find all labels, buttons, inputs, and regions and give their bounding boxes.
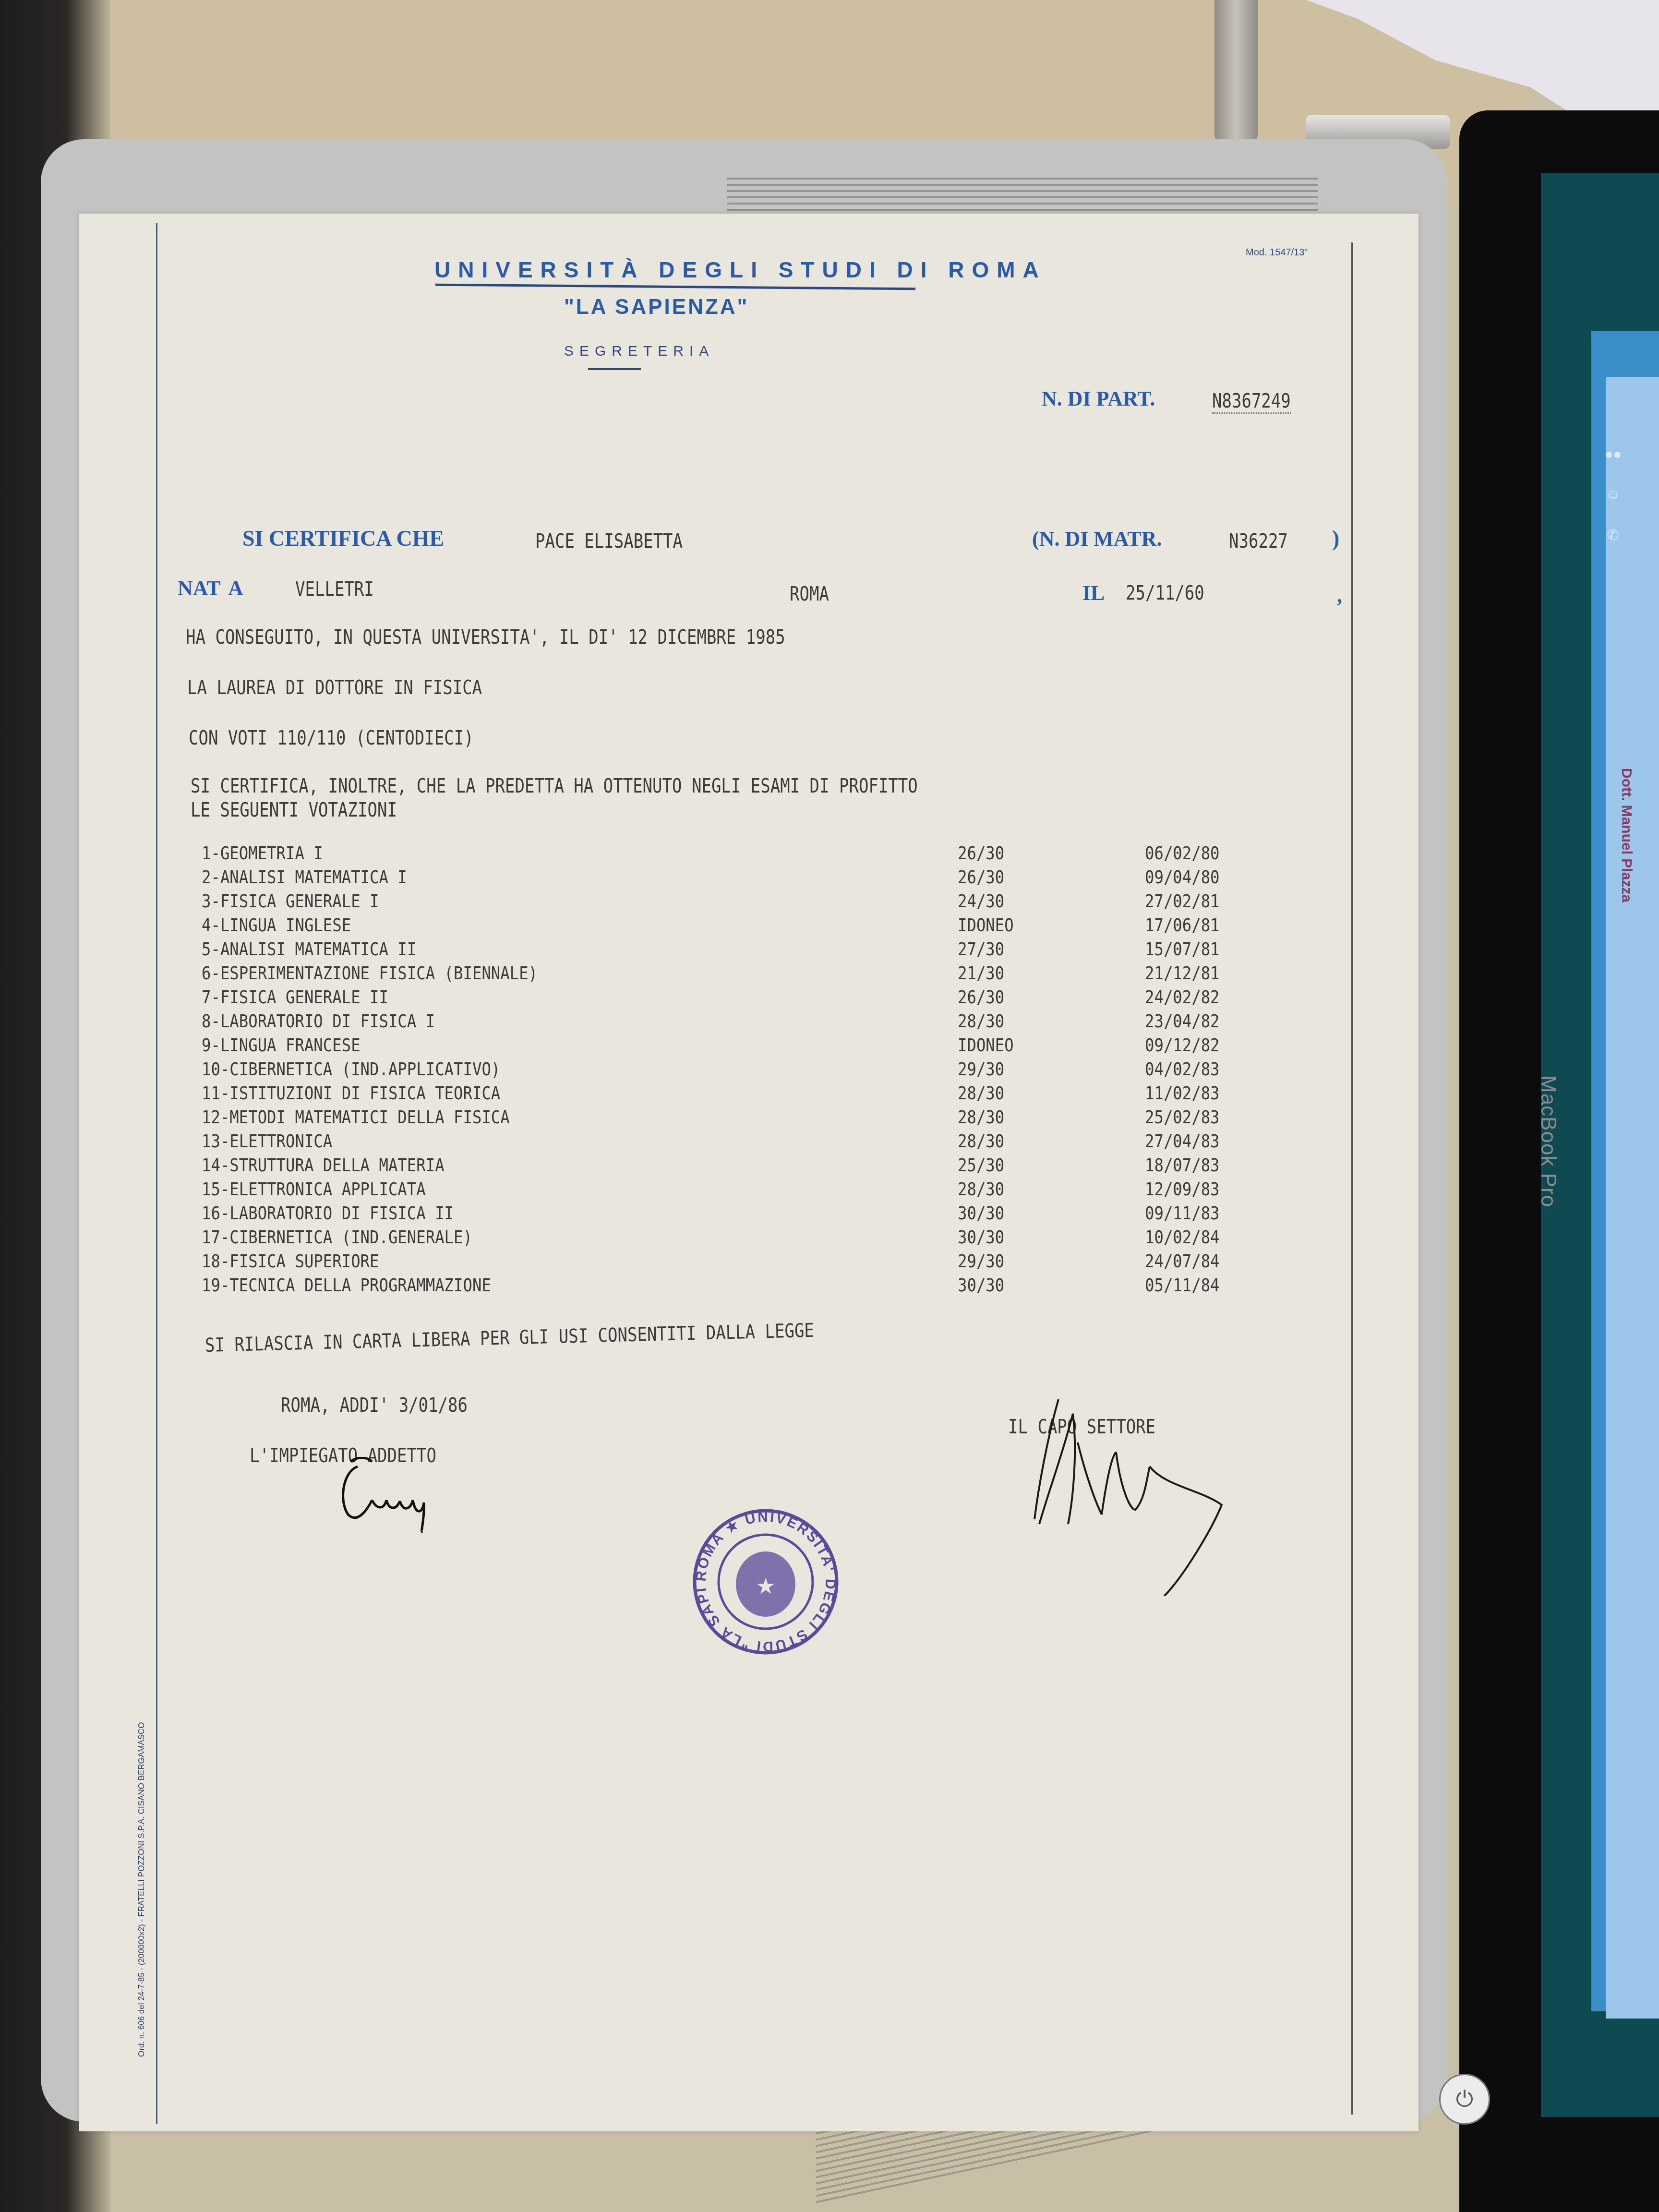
exam-row: 9-LINGUA FRANCESEIDONEO09/12/82 [202,1034,1330,1058]
exam-row: 17-CIBERNETICA (IND.GENERALE)30/3010/02/… [202,1226,1330,1250]
printer-note: Ord. n. 606 del 24-7-85 - (200000x2) - F… [137,1678,146,2057]
exam-grade: 29/30 [958,1250,1004,1272]
exam-grade: 29/30 [958,1058,1004,1080]
exam-grade: 24/30 [958,890,1004,912]
exam-row: 12-METODI MATEMATICI DELLA FISICA28/3025… [202,1106,1330,1130]
exams-intro-line: SI CERTIFICA, INOLTRE, CHE LA PREDETTA H… [191,775,918,797]
exam-grade: 30/30 [958,1274,1004,1296]
exam-row: 13-ELETTRONICA28/3027/04/83 [202,1130,1330,1154]
power-icon: ⏻ [1456,2086,1473,2113]
power-button[interactable]: ⏻ [1439,2074,1490,2125]
exam-date: 24/02/82 [1145,986,1220,1008]
exam-row: 3-FISICA GENERALE I24/3027/02/81 [202,890,1330,914]
issuance-statement: SI RILASCIA IN CARTA LIBERA PER GLI USI … [205,1320,815,1357]
exam-date: 04/02/83 [1145,1058,1220,1080]
exam-grade: 28/30 [958,1178,1004,1200]
birth-trailing-comma: , [1337,583,1342,608]
university-subtitle: "LA SAPIENZA" [564,295,749,319]
exam-row: 10-CIBERNETICA (IND.APPLICATIVO)29/3004/… [202,1058,1330,1082]
exam-grade: 25/30 [958,1154,1004,1176]
exam-name: 6-ESPERIMENTAZIONE FISICA (BIENNALE) [202,962,538,984]
exam-grade: 26/30 [958,866,1004,888]
exam-date: 10/02/84 [1145,1226,1220,1248]
right-margin-rule [1351,242,1353,2115]
office-name: SEGRETERIA [564,343,714,360]
exam-name: 4-LINGUA INGLESE [202,914,351,936]
exam-name: 10-CIBERNETICA (IND.APPLICATIVO) [202,1058,500,1080]
exam-grade: IDONEO [958,1034,1014,1056]
birth-date: 25/11/60 [1126,582,1204,604]
exam-date: 11/02/83 [1145,1082,1220,1104]
exam-row: 18-FISICA SUPERIORE29/3024/07/84 [202,1250,1330,1274]
degree-title-line: LA LAUREA DI DOTTORE IN FISICA [187,677,482,699]
exam-row: 1-GEOMETRIA I26/3006/02/80 [202,842,1330,866]
exam-date: 17/06/81 [1145,914,1220,936]
exam-row: 14-STRUTTURA DELLA MATERIA25/3018/07/83 [202,1154,1330,1178]
exam-date: 06/02/80 [1145,842,1220,864]
exam-name: 19-TECNICA DELLA PROGRAMMAZIONE [202,1274,491,1296]
exam-name: 15-ELETTRONICA APPLICATA [202,1178,426,1200]
part-number-label: N. DI PART. [1042,386,1155,411]
chat-icon[interactable]: ☺ [1606,487,1621,503]
matricola-value: N36227 [1229,530,1288,553]
exam-row: 4-LINGUA INGLESEIDONEO17/06/81 [202,914,1330,938]
exam-name: 1-GEOMETRIA I [202,842,323,864]
exam-date: 05/11/84 [1145,1274,1220,1296]
exam-name: 14-STRUTTURA DELLA MATERIA [202,1154,445,1176]
birth-gender-suffix: A [228,576,243,601]
part-number-value: N8367249 [1212,390,1291,414]
exam-list: 1-GEOMETRIA I26/3006/02/80 2-ANALISI MAT… [202,842,1330,1298]
exam-date: 18/07/83 [1145,1154,1220,1176]
exam-date: 09/12/82 [1145,1034,1220,1056]
exam-grade: 21/30 [958,962,1004,984]
birth-city: VELLETRI [295,578,374,601]
phone-icon[interactable]: ✆ [1607,527,1619,544]
exam-name: 16-LABORATORIO DI FISICA II [202,1202,454,1224]
exams-intro-line-2: LE SEGUENTI VOTAZIONI [191,799,397,821]
exam-grade: IDONEO [958,914,1014,936]
contacts-icon[interactable]: ●● [1604,446,1622,463]
certificate-document: Mod. 1547/13" UNIVERSITÀ DEGLI STUDI DI … [79,214,1419,2131]
birth-province: ROMA [790,583,829,605]
left-margin-rule [156,223,157,2124]
exam-grade: 26/30 [958,986,1004,1008]
exam-name: 18-FISICA SUPERIORE [202,1250,379,1272]
exam-row: 7-FISICA GENERALE II26/3024/02/82 [202,986,1330,1010]
exam-date: 27/02/81 [1145,890,1220,912]
exam-row: 19-TECNICA DELLA PROGRAMMAZIONE30/3005/1… [202,1274,1330,1298]
exam-date: 25/02/83 [1145,1106,1220,1128]
matricola-close: ) [1332,526,1339,551]
screen-icon-bar: ●● ☺ ✆ [1603,446,1623,544]
degree-date-line: HA CONSEGUITO, IN QUESTA UNIVERSITA', IL… [186,626,785,649]
certify-label: SI CERTIFICA CHE [242,526,444,551]
birth-label: NAT [178,576,221,601]
svg-text:★: ★ [756,1574,775,1599]
exam-name: 8-LABORATORIO DI FISICA I [202,1010,435,1032]
exam-name: 11-ISTITUZIONI DI FISICA TEORICA [202,1082,500,1104]
clerk-signature [338,1457,463,1534]
matricola-label: (N. DI MATR. [1032,527,1162,551]
exam-grade: 27/30 [958,938,1004,960]
degree-grade-line: CON VOTI 110/110 (CENTODIECI) [189,727,474,749]
exam-date: 23/04/82 [1145,1010,1220,1032]
exam-row: 16-LABORATORIO DI FISICA II30/3009/11/83 [202,1202,1330,1226]
form-code: Mod. 1547/13" [1246,247,1308,258]
exam-row: 2-ANALISI MATEMATICA I26/3009/04/80 [202,866,1330,890]
exam-grade: 28/30 [958,1010,1004,1032]
exam-date: 15/07/81 [1145,938,1220,960]
exam-name: 12-METODI MATEMATICI DELLA FISICA [202,1106,510,1128]
exam-grade: 28/30 [958,1106,1004,1128]
exam-name: 17-CIBERNETICA (IND.GENERALE) [202,1226,472,1248]
laptop-brand-label: MacBook Pro [1536,1075,1560,1207]
exam-row: 8-LABORATORIO DI FISICA I28/3023/04/82 [202,1010,1330,1034]
header-underline [435,284,915,290]
exam-grade: 28/30 [958,1082,1004,1104]
exam-grade: 28/30 [958,1130,1004,1152]
student-name: PACE ELISABETTA [535,530,683,553]
exam-name: 7-FISICA GENERALE II [202,986,388,1008]
head-signature [1020,1395,1241,1596]
place-and-date: ROMA, ADDI' 3/01/86 [281,1395,468,1417]
exam-row: 5-ANALISI MATEMATICA II27/3015/07/81 [202,938,1330,962]
exam-grade: 26/30 [958,842,1004,864]
exam-grade: 30/30 [958,1226,1004,1248]
exam-row: 15-ELETTRONICA APPLICATA28/3012/09/83 [202,1178,1330,1202]
exam-name: 5-ANALISI MATEMATICA II [202,938,416,960]
exam-name: 13-ELETTRONICA [202,1130,332,1152]
exam-row: 6-ESPERIMENTAZIONE FISICA (BIENNALE)21/3… [202,962,1330,986]
exam-date: 21/12/81 [1145,962,1220,984]
screen-contact-name: Dott. Manuel Plazza [1615,768,1635,931]
exam-date: 09/04/80 [1145,866,1220,888]
university-stamp: ROMA ★ UNIVERSITA' DEGLI STUDI "LA SAPIE… [689,1505,842,1659]
exam-row: 11-ISTITUZIONI DI FISICA TEORICA28/3011/… [202,1082,1330,1106]
exam-date: 24/07/84 [1145,1250,1220,1272]
screen-light-panel [1606,377,1659,2019]
office-underline [588,368,641,370]
usb-cable [1214,0,1258,144]
exam-date: 09/11/83 [1145,1202,1220,1224]
exam-grade: 30/30 [958,1202,1004,1224]
birth-date-label: IL [1082,581,1105,605]
exam-date: 12/09/83 [1145,1178,1220,1200]
university-name: UNIVERSITÀ DEGLI STUDI DI ROMA [434,257,1046,283]
exam-date: 27/04/83 [1145,1130,1220,1152]
exam-name: 2-ANALISI MATEMATICA I [202,866,407,888]
exam-name: 9-LINGUA FRANCESE [202,1034,361,1056]
exam-name: 3-FISICA GENERALE I [202,890,379,912]
